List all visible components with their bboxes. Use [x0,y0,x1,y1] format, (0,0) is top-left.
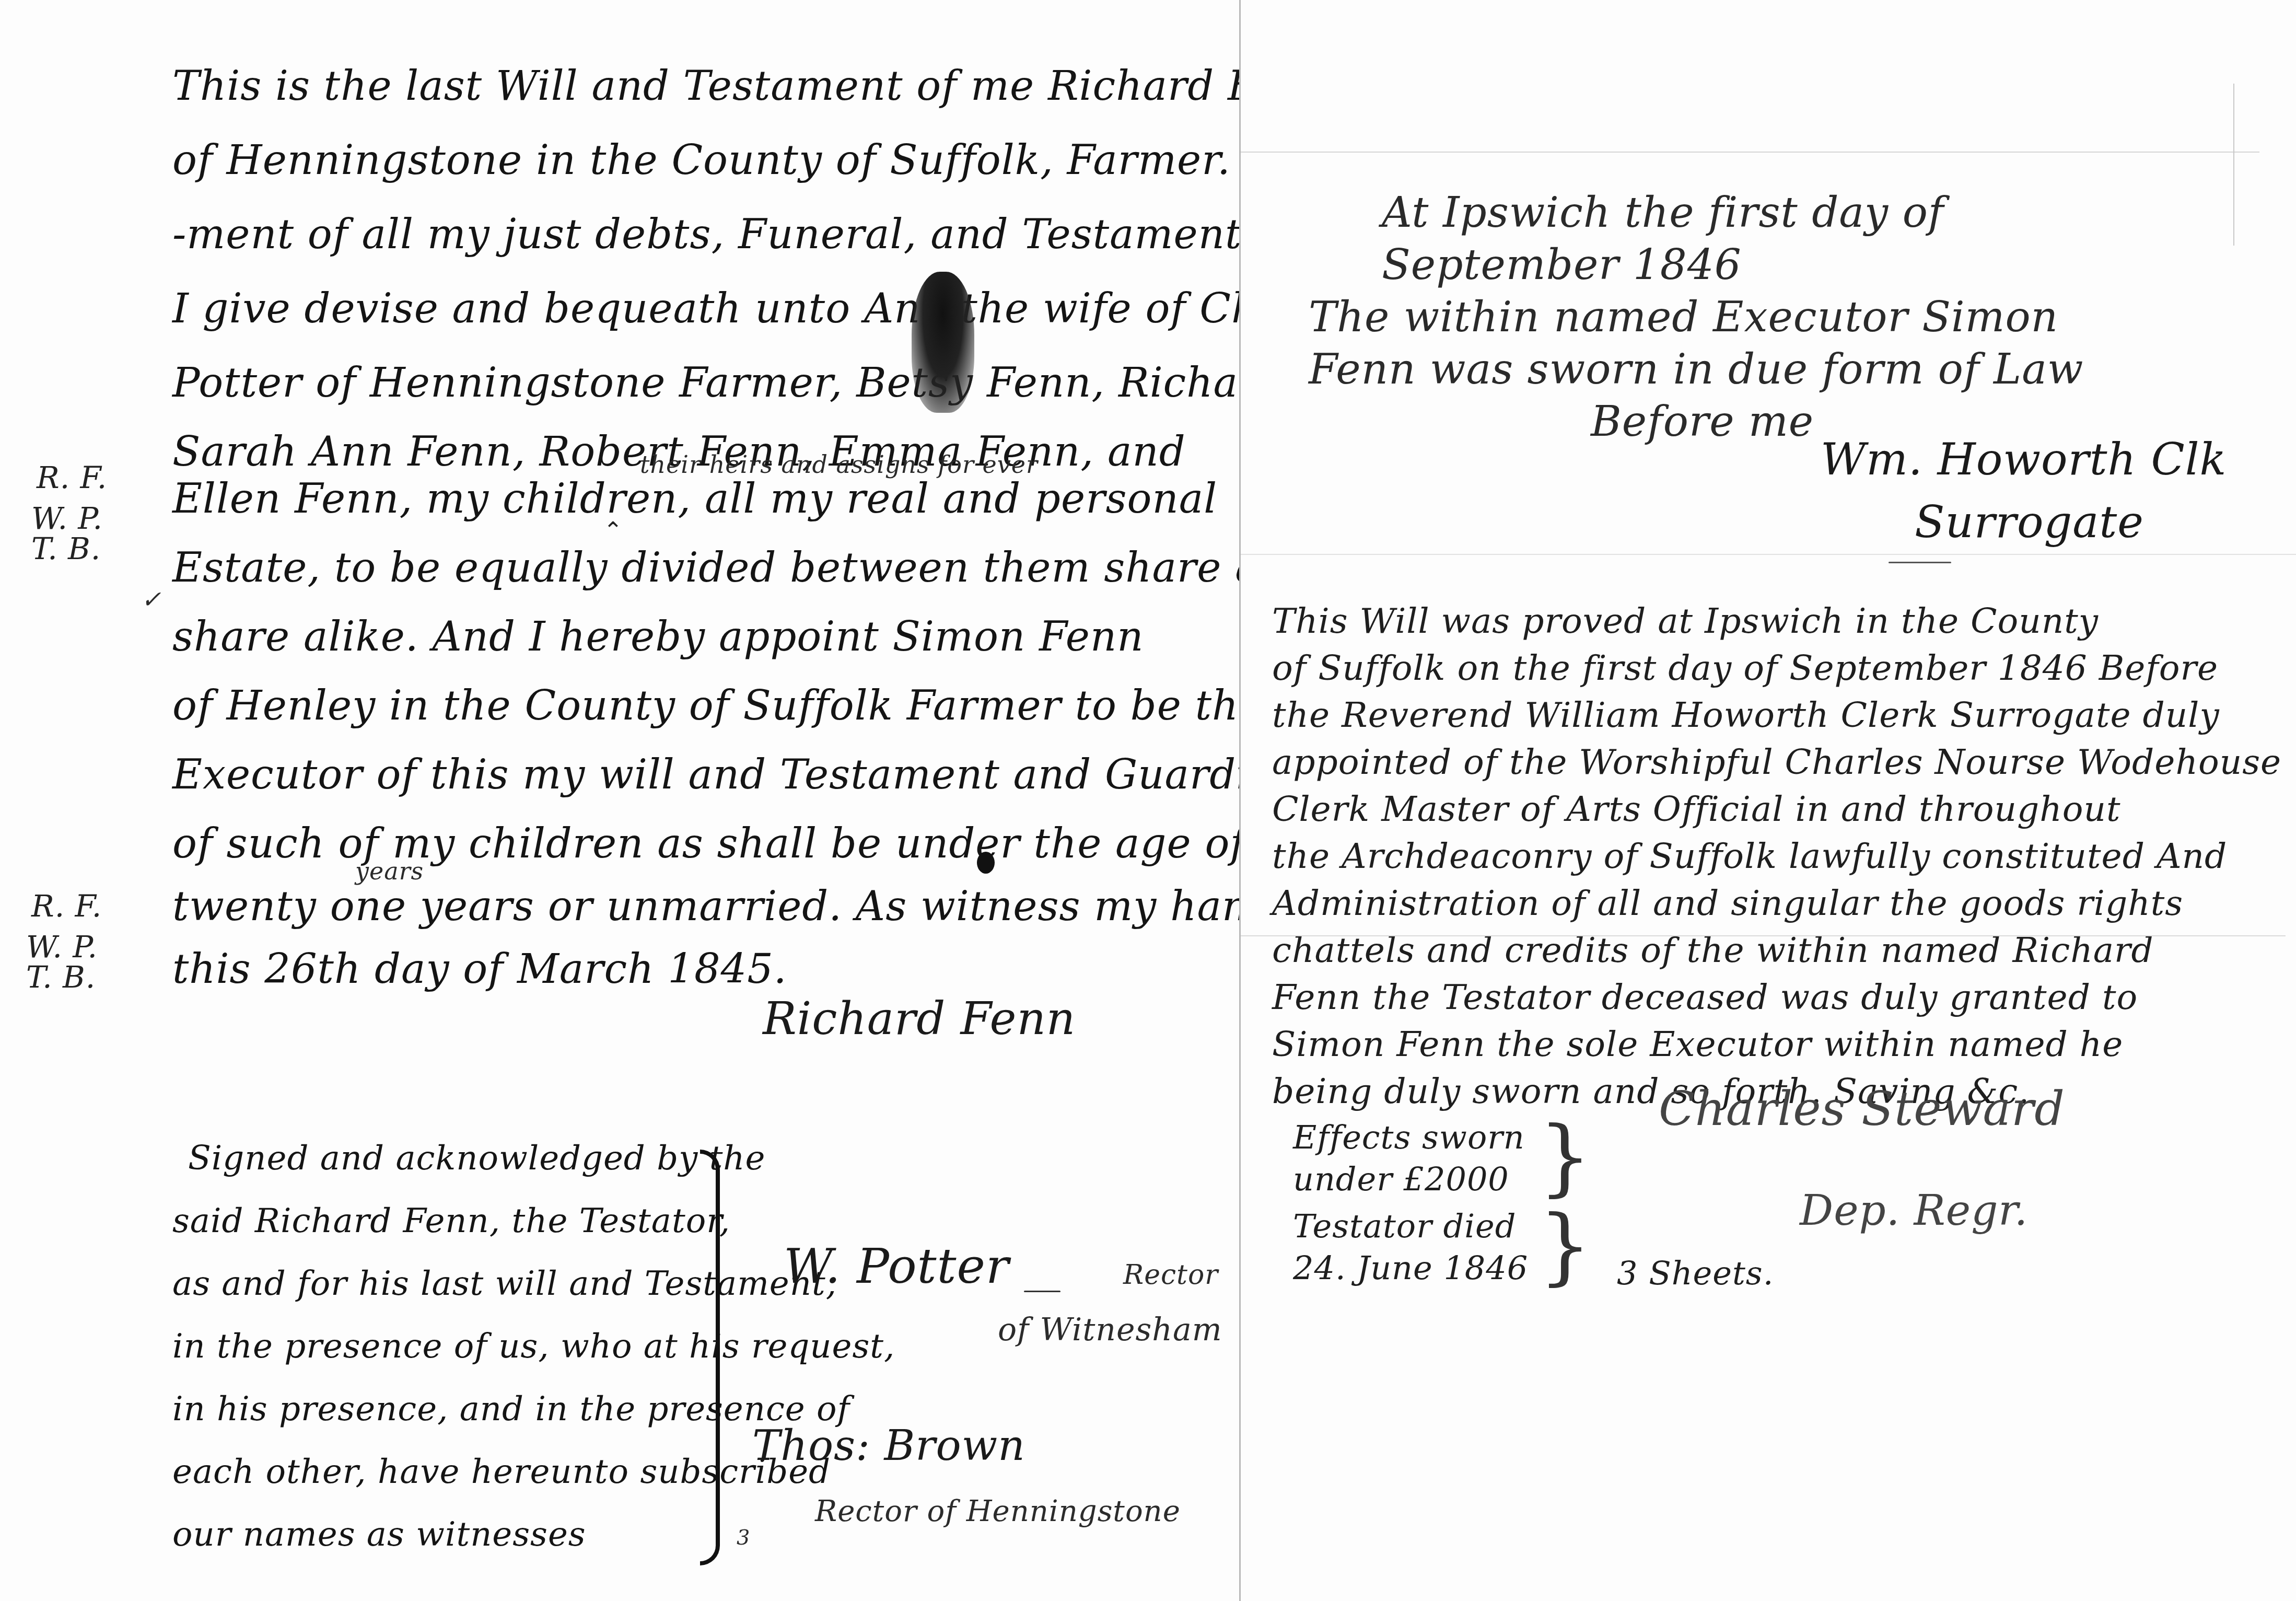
margin-initial: R. F. [37,460,108,495]
oath-box-top-edge [1241,152,2259,153]
oath-line-3: The within named Executor Simon [1309,293,2058,341]
attestation-line-2: said Richard Fenn, the Testator, [172,1202,730,1240]
oath-line-5: Before me [1591,397,1814,446]
section-divider [1241,554,2296,555]
surrogate-signature: Wm. Howorth Clk [1821,434,2227,485]
attestation-line-7: our names as witnesses [172,1515,586,1554]
attestation-line-4: in the presence of us, who at his reques… [172,1327,895,1366]
attestation-bracket [700,1150,720,1565]
death-line-1: Testator died [1293,1207,1516,1245]
will-line-4: I give devise and bequeath unto Ann the … [172,285,1417,332]
probate-line-2: of Suffolk on the first day of September… [1272,648,2218,688]
attestation-line-3: as and for his last will and Testament, [172,1264,837,1303]
bracket-mark: 3 [737,1526,750,1550]
will-line-12: of such of my children as shall be under… [172,820,1245,867]
probate-line-5: Clerk Master of Arts Official in and thr… [1272,789,2120,829]
will-line-8: Estate, to be equally divided between th… [172,544,1313,591]
surrogate-title: Surrogate [1915,496,2144,548]
ink-spot [977,852,995,874]
oath-line-1: At Ipswich the first day of [1382,188,1944,237]
right-page: At Ipswich the first day of September 18… [1241,0,2296,1601]
testator-signature: Richard Fenn [763,993,1076,1045]
probate-line-10: Simon Fenn the sole Executor within name… [1272,1024,2123,1064]
will-line-1: This is the last Will and Testament of m… [172,63,1332,110]
will-line-7: Ellen Fenn, my children, all my real and… [172,475,1217,523]
oath-line-2: September 1846 [1382,240,1742,289]
death-brace: } [1539,1197,1592,1294]
attestation-line-5: in his presence, and in the presence of [172,1390,850,1429]
will-line-11: Executor of this my will and Testament a… [172,751,1301,798]
margin-initial: T. B. [31,531,103,566]
witness-signature-2: Thos: Brown [752,1421,1025,1470]
oath-box-right-edge [2233,84,2234,246]
will-line-14: this 26th day of March 1845. [172,946,787,993]
margin-initial: R. F. [31,888,103,924]
witness-place-1: of Witnesham [998,1312,1222,1348]
left-page: This is the last Will and Testament of m… [0,0,1239,1601]
probate-line-6: the Archdeaconry of Suffolk lawfully con… [1272,836,2227,876]
ink-blot [912,272,974,413]
registrar-signature: Charles Steward [1659,1082,2065,1136]
witness-title-2: Rector of Henningstone [815,1494,1181,1528]
margin-initial: T. B. [26,959,98,995]
sheet-count: 3 Sheets. [1617,1254,1774,1292]
effects-line-1: Effects sworn [1293,1118,1525,1156]
will-line-5: Potter of Henningstone Farmer, Betsy Fen… [172,359,1403,407]
death-line-2: 24. June 1846 [1293,1249,1528,1287]
attestation-line-1: Signed and acknowledged by the [188,1139,765,1178]
will-line-10: of Henley in the County of Suffolk Farme… [172,682,1263,729]
insertion-caret: ⌃ [603,517,623,544]
will-line-9: share alike. And I hereby appoint Simon … [172,613,1144,660]
will-line-13: twenty one years or unmarried. As witnes… [172,883,1275,930]
effects-brace: } [1539,1108,1592,1205]
signature-flourish [1024,1291,1060,1292]
witness-title-1: Rector [1123,1259,1218,1291]
registrar-title: Dep. Regr. [1800,1186,2028,1235]
margin-note-group-1: R. F. W. P. T. B. [31,460,103,566]
interlineation-years: years [355,857,424,885]
effects-line-2: under £2000 [1293,1160,1509,1198]
interlineation: their heirs and assigns for ever [640,450,1038,479]
margin-note-group-2: R. F. W. P. T. B. [26,888,98,995]
probate-line-7: Administration of all and singular the g… [1272,883,2183,923]
page-edge-line [1241,935,2286,936]
attestation-line-6: each other, have hereunto subscribed [172,1453,831,1491]
witness-signature-1: W. Potter [784,1238,1009,1294]
probate-line-1: This Will was proved at Ipswich in the C… [1272,601,2099,641]
probate-line-3: the Reverend William Howorth Clerk Surro… [1272,695,2220,735]
oath-line-4: Fenn was sworn in due form of Law [1309,345,2083,393]
probate-line-9: Fenn the Testator deceased was duly gran… [1272,977,2138,1017]
signature-flourish [1889,562,1951,563]
margin-tick: ✓ [141,585,162,613]
probate-line-4: appointed of the Worshipful Charles Nour… [1272,742,2281,782]
